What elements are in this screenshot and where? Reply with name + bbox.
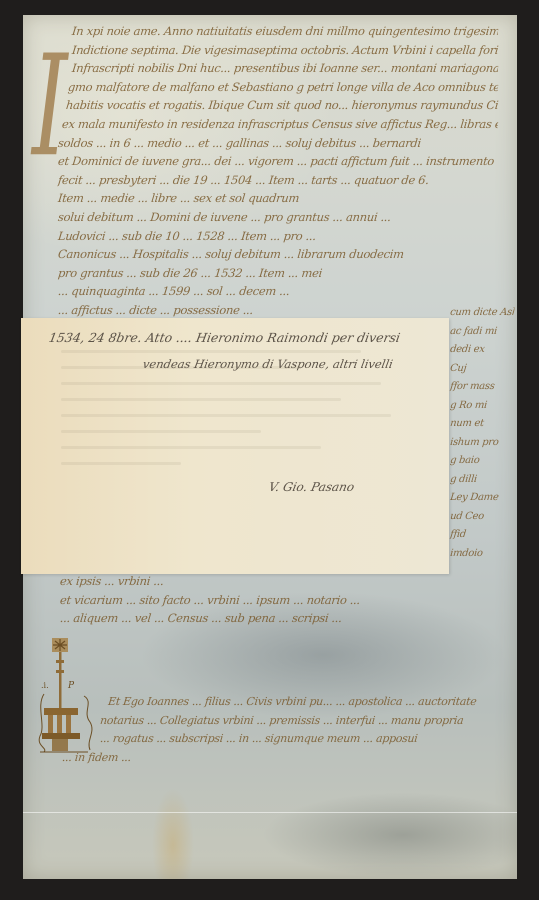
subscription-line: ... rogatus ... subscripsi ... in ... si…: [99, 730, 509, 749]
subscription-line: Et Ego Ioannes ... filius ... Civis vrbi…: [107, 693, 509, 712]
manuscript-line: fecit ... presbyteri ... die 19 ... 1504…: [57, 171, 499, 190]
manuscript-line: et vicarium ... sito facto ... vrbini ..…: [59, 591, 501, 610]
signum-label-left: .i.: [41, 681, 49, 690]
margin-fragment: g baio: [449, 452, 515, 471]
lower-text-block: ex ipsis ... vrbini ... et vicarium ... …: [60, 572, 500, 628]
margin-fragment: ishum pro: [449, 434, 515, 453]
margin-fragment: ac fadi mi: [449, 323, 515, 342]
manuscript-line: Indictione septima. Die vigesimaseptima …: [57, 41, 499, 60]
margin-fragment: g dilli: [449, 471, 515, 490]
manuscript-line: Infrascripti nobilis Dni huc... presenti…: [57, 59, 499, 78]
manuscript-line: Item ... medie ... libre ... sex et sol …: [57, 189, 499, 208]
manuscript-line: pro grantus ... sub die 26 ... 1532 ... …: [57, 264, 499, 283]
margin-fragment: g Ro mi: [449, 397, 515, 416]
notary-subscription: Et Ego Ioannes ... filius ... Civis vrbi…: [108, 693, 508, 767]
subscription-line: notarius ... Collegiatus vrbini ... prem…: [99, 712, 509, 731]
manuscript-line: ex ipsis ... vrbini ...: [59, 572, 501, 591]
manuscript-line: ex mala munifesto in residenza infrascri…: [57, 115, 499, 134]
manuscript-line: ... aliquem ... vel ... Census ... sub p…: [59, 609, 501, 628]
margin-fragment: ud Ceo: [449, 508, 515, 527]
note-line-1: 1534, 24 8bre. Atto .... Hieronimo Raimo…: [48, 330, 402, 345]
manuscript-line: solui debitum ... Domini de iuvene ... p…: [57, 208, 499, 227]
manuscript-line: Ludovici ... sub die 10 ... 1528 ... Ite…: [57, 227, 499, 246]
manuscript-line: ... affictus ... dicte ... possessione .…: [57, 301, 499, 320]
margin-fragment: num et: [449, 415, 515, 434]
manuscript-text-block: In xpi noie ame. Anno natiuitatis eiusde…: [58, 22, 498, 320]
manuscript-line: gmo malfatore de malfano et Sebastiano g…: [57, 78, 499, 97]
manuscript-line: ... quinquaginta ... 1599 ... sol ... de…: [57, 282, 499, 301]
margin-fragment: dedi ex: [449, 341, 515, 360]
margin-fragment: imdoio: [449, 545, 515, 564]
signum-label-right: P: [67, 681, 75, 691]
manuscript-line: et Dominici de iuvene gra... dei ... vig…: [57, 152, 499, 171]
margin-fragment: Ley Dame: [449, 489, 515, 508]
note-signature: V. Gio. Pasano: [268, 480, 356, 494]
right-margin-text: cum dicte Ashnew ac fadi mi dedi ex Cuj …: [450, 304, 514, 563]
margin-fragment: ffor mass: [449, 378, 515, 397]
attached-paper-note: 1534, 24 8bre. Atto .... Hieronimo Raimo…: [21, 318, 449, 574]
margin-fragment: Cuj: [449, 360, 515, 379]
manuscript-line: Canonicus ... Hospitalis ... soluj debit…: [57, 245, 499, 264]
manuscript-line: soldos ... in 6 ... medio ... et ... gal…: [57, 134, 499, 153]
manuscript-line: habitis vocatis et rogatis. Ibique Cum s…: [57, 96, 499, 115]
manuscript-line: In xpi noie ame. Anno natiuitatis eiusde…: [57, 22, 499, 41]
parchment-fold-line: [23, 812, 517, 813]
margin-fragment: ffid: [449, 526, 515, 545]
subscription-line: ... in fidem ...: [61, 749, 509, 768]
note-line-2: vendeas Hieronymo di Vaspone, altri live…: [142, 357, 394, 371]
notarial-signum-icon: .i. P: [38, 636, 98, 760]
margin-fragment: cum dicte Ashnew: [449, 304, 515, 323]
